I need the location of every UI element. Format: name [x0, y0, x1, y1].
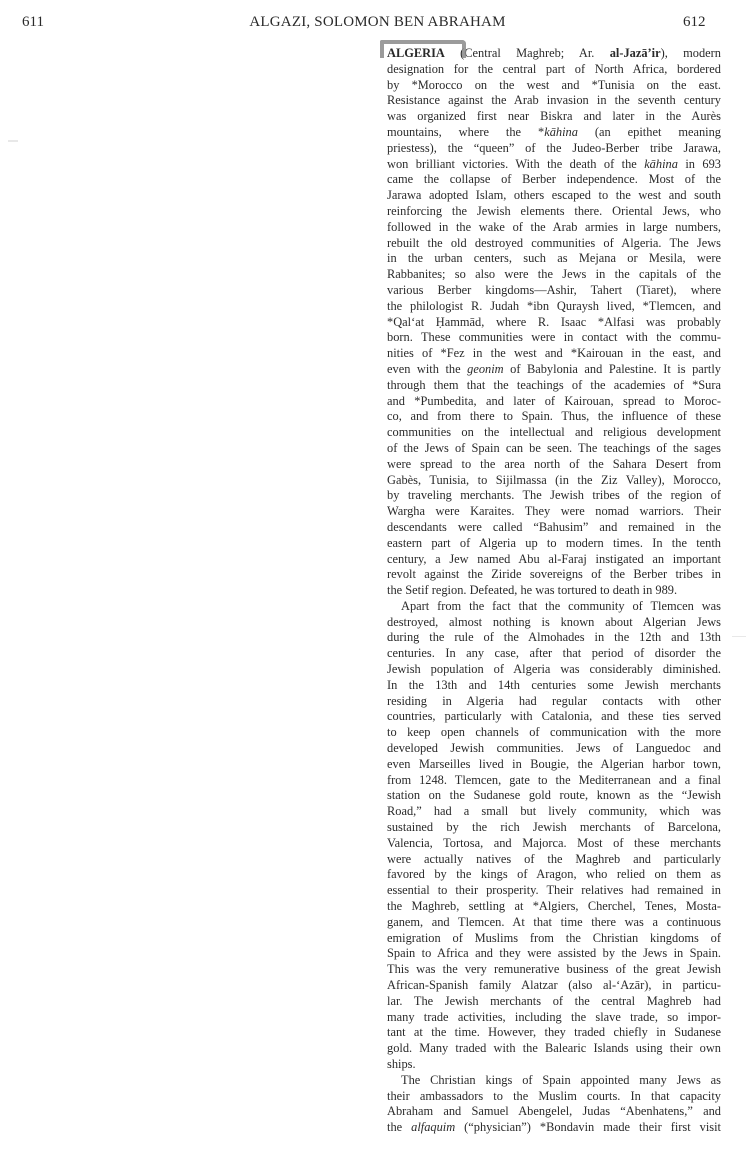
text-line: even with the geonim of Babylonia and Pa…: [387, 362, 721, 378]
scan-speck: [8, 140, 18, 142]
text-line: by *Morocco on the west and *Tunisia on …: [387, 78, 721, 94]
page-number-right: 612: [683, 14, 706, 31]
text-line: Resistance against the Arab invasion in …: [387, 93, 721, 109]
text-line: African-Spanish family Alatzar (also al-…: [387, 978, 721, 994]
text-line: won brilliant victories. With the death …: [387, 157, 721, 173]
text-line: Valencia, Tortosa, and Majorca. Most of …: [387, 836, 721, 852]
headword: ALGERIA: [387, 46, 445, 60]
text-line: came the collapse of Berber independence…: [387, 172, 721, 188]
text-line: the Setif region. Defeated, he was tortu…: [387, 583, 721, 599]
text-line: Jewish population of Algeria was conside…: [387, 662, 721, 678]
text-line: nities of *Fez in the west and *Kairouan…: [387, 346, 721, 362]
text-line: essential to their prosperity. Their rel…: [387, 883, 721, 899]
text-line: rebuilt the old destroyed communities of…: [387, 236, 721, 252]
text-line: Abraham and Samuel Abengelel, Judas “Abe…: [387, 1104, 721, 1120]
text-line: by traveling merchants. The Jewish tribe…: [387, 488, 721, 504]
paragraph-1: ALGERIA (Central Maghreb; Ar. al-Jazā’ir…: [387, 46, 721, 599]
text-line: countries, particularly with Catalonia, …: [387, 709, 721, 725]
text-line: Road,” had a small but lively community,…: [387, 804, 721, 820]
text-line: residing in Algeria had regular contacts…: [387, 694, 721, 710]
text-line: during the rule of the Almohades in the …: [387, 630, 721, 646]
text-line: from 1248. Tlemcen, gate to the Mediterr…: [387, 773, 721, 789]
text-line: even Marseilles lived in Bougie, the Alg…: [387, 757, 721, 773]
text-line: the philologist R. Judah *ibn Quraysh li…: [387, 299, 721, 315]
text-line: the Maghreb, settling at *Algiers, Cherc…: [387, 899, 721, 915]
text-line: lar. The Jewish merchants of the central…: [387, 994, 721, 1010]
text-line: gold. Many traded with the Balearic Isla…: [387, 1041, 721, 1057]
text-line: ganem, and Tlemcen. At that time there w…: [387, 915, 721, 931]
text-line: eastern part of Algeria up to modern tim…: [387, 536, 721, 552]
text-line: Rabbanites; so also were the Jews in the…: [387, 267, 721, 283]
text-line: descendants were called “Bahusim” and re…: [387, 520, 721, 536]
text-line: The Christian kings of Spain appointed m…: [387, 1073, 721, 1089]
text-line: Wargha were Karaites. They were nomad wa…: [387, 504, 721, 520]
text-line: the alfaquim (“physician”) *Bondavin mad…: [387, 1120, 721, 1136]
text-line: were actually natives of the Maghreb and…: [387, 852, 721, 868]
text-line: favored by the kings of Aragon, who reli…: [387, 867, 721, 883]
highlight-box: [380, 40, 466, 58]
running-header: 611 ALGAZI, SOLOMON BEN ABRAHAM 612: [0, 14, 755, 34]
text-line: was organized first near Biskra and late…: [387, 109, 721, 125]
text-line: *Qal‘at Ḥammād, where R. Isaac *Alfasi w…: [387, 315, 721, 331]
text-line: followed in the wake of the Arab armies …: [387, 220, 721, 236]
text-line: various Berber kingdoms—Ashir, Tahert (T…: [387, 283, 721, 299]
paragraph-3: The Christian kings of Spain appointed m…: [387, 1073, 721, 1136]
text-line: This was the very remunerative business …: [387, 962, 721, 978]
text-line: revolt against the Ziride sovereigns of …: [387, 567, 721, 583]
text-line: of the Jews of Spain can be seen. The te…: [387, 441, 721, 457]
article-column: ALGERIA (Central Maghreb; Ar. al-Jazā’ir…: [387, 46, 721, 1136]
text-line: ALGERIA (Central Maghreb; Ar. al-Jazā’ir…: [387, 46, 721, 62]
text-line: many trade activities, including the sla…: [387, 1010, 721, 1026]
text-line: In the 13th and 14th centuries some Jewi…: [387, 678, 721, 694]
text-line: Jarawa adopted Islam, others escaped to …: [387, 188, 721, 204]
text-line: co, and from there to Spain. Thus, the i…: [387, 409, 721, 425]
text-line: were spread to the area north of the Sah…: [387, 457, 721, 473]
text-line: century, a Jew named Abu al-Faraj instig…: [387, 552, 721, 568]
text-line: and *Pumbedita, and later of Kairouan, s…: [387, 394, 721, 410]
text-line: Gabès, Tunisia, to Sijilmassa (in the Zi…: [387, 473, 721, 489]
text-line: to keep open channels of communication w…: [387, 725, 721, 741]
text-line: Spain to Africa and they were assisted b…: [387, 946, 721, 962]
text-line: developed Jewish communities. Jews of La…: [387, 741, 721, 757]
text-line: communities on the intellectual and reli…: [387, 425, 721, 441]
text-line: in the urban centers, such as Mejana or …: [387, 251, 721, 267]
paragraph-2: Apart from the fact that the community o…: [387, 599, 721, 1073]
text-line: Apart from the fact that the community o…: [387, 599, 721, 615]
text-line: their ambassadors to the Muslim courts. …: [387, 1089, 721, 1105]
text-line: sustained by the rich Jewish merchants o…: [387, 820, 721, 836]
text-line: emigration of Muslims from the Christian…: [387, 931, 721, 947]
text-line: priestess), the “queen” of the Judeo-Ber…: [387, 141, 721, 157]
text-line: born. These communities were in contact …: [387, 330, 721, 346]
text-line: reinforcing the Jewish elements there. O…: [387, 204, 721, 220]
text-line: destroyed, almost nothing is known about…: [387, 615, 721, 631]
text-line: centuries. In any case, after that perio…: [387, 646, 721, 662]
text-line: through them that the teachings of the a…: [387, 378, 721, 394]
text-line: tant at the time. However, they traded c…: [387, 1025, 721, 1041]
running-title: ALGAZI, SOLOMON BEN ABRAHAM: [0, 14, 755, 31]
text-line: station on the Sudanese gold route, know…: [387, 788, 721, 804]
text-line: designation for the central part of Nort…: [387, 62, 721, 78]
text-line: mountains, where the *kāhina (an epithet…: [387, 125, 721, 141]
scan-speck: [732, 636, 746, 637]
text-line: ships.: [387, 1057, 721, 1073]
